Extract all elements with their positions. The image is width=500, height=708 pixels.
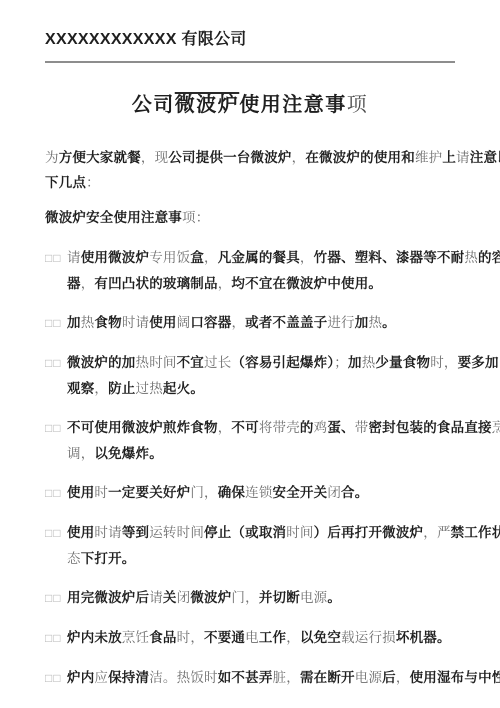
text-run: 进行 (327, 315, 354, 330)
text-run: 加 (67, 315, 81, 330)
text-run: 不要通 (204, 630, 245, 645)
document-body: 为方便大家就餐，现公司提供一台微波炉，在微波炉的使用和维护上请注意以下几点： 微… (45, 145, 455, 691)
text-line: 调，以免爆炸。 (67, 441, 455, 466)
text-run: 热饭时 (177, 670, 218, 685)
intro-paragraph: 为方便大家就餐，现公司提供一台微波炉，在微波炉的使用和维护上请注意以下几点： (45, 145, 455, 195)
text-line: 态下打开。 (67, 546, 455, 571)
rules-list: □□请使用微波炉专用饭盒，凡金属的餐具，竹器、塑料、漆器等不耐热的容器，有凹凸状… (45, 245, 455, 691)
text-run: 电源 (300, 590, 327, 605)
text-line: □□加热食物时请使用阔口容器，或者不盖盖子进行加热。 (67, 310, 455, 336)
text-line: 微波炉安全使用注意事项： (45, 205, 455, 230)
text-run: 维护 (415, 150, 442, 165)
text-line: □□请使用微波炉专用饭盒，凡金属的餐具，竹器、塑料、漆器等不耐热的容 (67, 245, 455, 271)
text-run: 坏机器。 (396, 630, 451, 645)
text-run: 热 (81, 315, 95, 330)
text-line: □□微波炉的加热时间不宜过长（容易引起爆炸）；加热少量食物时，要多加 (67, 350, 455, 376)
list-item: □□使用时一定要关好炉门，确保连锁安全开关闭合。 (45, 480, 455, 506)
list-item: □□炉内应保持清洁。热饭时如不甚弄脏，需在断开电源后，使用湿布与中性 (45, 665, 455, 691)
text-run: 。 (163, 670, 177, 685)
text-run: 运转时间 (149, 525, 204, 540)
text-run: 的 (300, 420, 314, 435)
text-run: 项 (182, 210, 196, 225)
text-run: 并切断 (259, 590, 300, 605)
text-run: 的容 (478, 250, 500, 265)
text-run: 后 (382, 670, 396, 685)
checkbox-glyphs: □□ (45, 666, 67, 691)
text-run: 公司提供一台微波炉 (168, 150, 291, 165)
text-run: 热 (464, 250, 478, 265)
text-run: 停止（或取消 (204, 525, 286, 540)
text-run: 洁 (149, 670, 163, 685)
text-line: □□不可使用微波炉煎炸食物，不可将带壳的鸡蛋、带密封包装的食品直接烹 (67, 415, 455, 441)
list-item: □□加热食物时请使用阔口容器，或者不盖盖子进行加热。 (45, 310, 455, 336)
document-page: XXXXXXXXXXXX 有限公司 公司微波炉使用注意事项 为方便大家就餐，现公… (0, 0, 500, 708)
text-run: 时请 (94, 525, 121, 540)
text-run: 热 (368, 315, 382, 330)
text-run: 蛋、 (327, 420, 354, 435)
text-run: 关 (163, 590, 177, 605)
text-run: 等到 (122, 525, 149, 540)
text-run: 使用注意事 (239, 94, 347, 116)
text-run: ， (204, 485, 218, 500)
text-run: 现 (155, 150, 169, 165)
text-line: 观察，防止过热起火。 (67, 376, 455, 401)
text-run: 阔 (177, 315, 191, 330)
checkbox-glyphs: □□ (45, 626, 67, 651)
text-run: 使用微波炉 (81, 250, 150, 265)
text-run: ： (196, 210, 210, 225)
text-run: 闭 (327, 485, 341, 500)
text-run: 微波炉安全使用注意事 (45, 210, 182, 225)
text-run: 使用 (67, 525, 94, 540)
text-run: 请 (456, 150, 470, 165)
text-run: 电 (245, 630, 259, 645)
list-item: □□不可使用微波炉煎炸食物，不可将带壳的鸡蛋、带密封包装的食品直接烹调，以免爆炸… (45, 415, 455, 466)
text-run: 保持清 (108, 670, 149, 685)
text-run: 调 (67, 446, 81, 461)
text-run: ： (86, 175, 100, 190)
text-run: 需在断开 (300, 670, 355, 685)
text-run: 下几点 (45, 175, 86, 190)
text-run: 如不甚弄 (218, 670, 273, 685)
text-run: 少量食物 (375, 355, 430, 370)
list-item: □□请使用微波炉专用饭盒，凡金属的餐具，竹器、塑料、漆器等不耐热的容器，有凹凸状… (45, 245, 455, 296)
text-run: ， (204, 250, 218, 265)
text-run: 不可 (231, 420, 258, 435)
document-title: 公司微波炉使用注意事项 (45, 91, 455, 119)
text-run: 连锁 (245, 485, 272, 500)
text-run: ， (218, 276, 232, 291)
text-run: 。 (327, 590, 341, 605)
text-run: 请 (149, 590, 163, 605)
text-run: 公司 (132, 94, 175, 116)
text-run: 方便大家就餐 (59, 150, 141, 165)
text-run: 。 (382, 315, 396, 330)
text-run: 专用饭 (149, 250, 190, 265)
text-run: 凡金属的餐具 (218, 250, 300, 265)
text-run: 密封包装的食品直接 (368, 420, 491, 435)
text-line: □□用完微波炉后请关闭微波炉门，并切断电源。 (67, 585, 455, 611)
text-run: 注意以 (470, 150, 500, 165)
text-run: 过长 (204, 355, 231, 370)
text-run: 竹器、塑料、漆器等不耐 (314, 250, 465, 265)
text-run: 微波炉的加 (67, 355, 136, 370)
text-run: 食品 (149, 630, 176, 645)
checkbox-glyphs: □□ (45, 416, 67, 441)
list-item: □□炉内未放烹饪食品时，不要通电工作，以免空载运行损坏机器。 (45, 625, 455, 651)
text-run: 工作 (259, 630, 286, 645)
text-run: 以免爆炸。 (94, 446, 163, 461)
text-run: 食物 (94, 315, 121, 330)
text-run: ， (141, 150, 155, 165)
text-run: ， (81, 276, 95, 291)
text-line: □□炉内应保持清洁。热饭时如不甚弄脏，需在断开电源后，使用湿布与中性 (67, 665, 455, 691)
text-run: 器 (67, 276, 81, 291)
text-run: ）后再打开微波炉 (314, 525, 424, 540)
text-line: 为方便大家就餐，现公司提供一台微波炉，在微波炉的使用和维护上请注意以 (45, 145, 455, 170)
text-run: 项 (347, 94, 369, 116)
text-run: ， (423, 525, 437, 540)
text-run: 禁工作状 (451, 525, 500, 540)
text-run: 不可使用微波炉煎炸食物 (67, 420, 218, 435)
text-run: 时 (177, 630, 191, 645)
text-run: 或者不盖盖子 (245, 315, 327, 330)
list-item: □□用完微波炉后请关闭微波炉门，并切断电源。 (45, 585, 455, 611)
text-run: 以免空 (300, 630, 341, 645)
checkbox-glyphs: □□ (45, 311, 67, 336)
list-item: □□微波炉的加热时间不宜过长（容易引起爆炸）；加热少量食物时，要多加观察，防止过… (45, 350, 455, 401)
text-run: 时间 (286, 525, 313, 540)
text-run: ， (190, 630, 204, 645)
checkbox-glyphs: □□ (45, 521, 67, 546)
text-run: 合。 (341, 485, 368, 500)
text-run: 不宜 (177, 355, 204, 370)
text-run: 严 (437, 525, 451, 540)
text-run: 过热 (136, 381, 163, 396)
text-run: 使用 (67, 485, 94, 500)
text-run: 时 (430, 355, 444, 370)
text-run: 态 (67, 551, 81, 566)
text-run: 电源 (355, 670, 382, 685)
checkbox-glyphs: □□ (45, 351, 67, 376)
text-run: 热时间 (136, 355, 177, 370)
text-run: 鸡 (314, 420, 328, 435)
text-run: 烹饪 (122, 630, 149, 645)
text-run: 口容器 (190, 315, 231, 330)
text-line: 器，有凹凸状的玻璃制品，均不宜在微波炉中使用。 (67, 271, 455, 296)
text-run: 观察 (67, 381, 94, 396)
text-line: 下几点： (45, 170, 455, 195)
text-run: 有凹凸状的玻璃制品 (94, 276, 217, 291)
text-run: 请 (67, 250, 81, 265)
text-run: 炉内 (67, 670, 94, 685)
text-run: ， (300, 250, 314, 265)
text-run: ， (286, 630, 300, 645)
text-run: ； (334, 355, 348, 370)
text-line: □□使用时一定要关好炉门，确保连锁安全开关闭合。 (67, 480, 455, 506)
text-run: 载运行损 (341, 630, 396, 645)
text-run: ， (245, 590, 259, 605)
company-name: XXXXXXXXXXXX 有限公司 (45, 20, 455, 63)
checkbox-glyphs: □□ (45, 481, 67, 506)
text-run: ， (286, 670, 300, 685)
section-heading: 微波炉安全使用注意事项： (45, 205, 455, 230)
text-run: ， (444, 355, 458, 370)
text-run: 安全开关 (273, 485, 328, 500)
text-run: 门 (231, 590, 245, 605)
text-run: ， (94, 381, 108, 396)
text-run: ， (231, 315, 245, 330)
text-run: 加 (355, 315, 369, 330)
text-run: 在微波炉的使用和 (305, 150, 415, 165)
text-run: 时请 (122, 315, 149, 330)
text-run: 加 (348, 355, 362, 370)
text-run: 将带壳 (259, 420, 300, 435)
text-run: ， (396, 670, 410, 685)
list-item: □□使用时请等到运转时间停止（或取消时间）后再打开微波炉，严禁工作状态下打开。 (45, 520, 455, 571)
text-run: （容易引起爆炸） (231, 355, 334, 370)
text-run: 烹 (492, 420, 500, 435)
text-run: 一定要关好炉 (108, 485, 190, 500)
checkbox-glyphs: □□ (45, 586, 67, 611)
text-run: 起火。 (163, 381, 204, 396)
text-run: 确保 (218, 485, 245, 500)
text-run: 使用 (149, 315, 176, 330)
text-run: 使用湿布与中性 (410, 670, 500, 685)
text-run: 均不宜在微波炉中使用。 (231, 276, 382, 291)
text-run: 微波炉 (190, 590, 231, 605)
text-run: 门 (190, 485, 204, 500)
text-run: 时 (94, 485, 108, 500)
text-run: 微波炉 (175, 94, 240, 116)
text-run: 炉内未放 (67, 630, 122, 645)
text-run: 应 (94, 670, 108, 685)
text-run: 带 (355, 420, 369, 435)
text-run: 防止 (108, 381, 135, 396)
text-run: ， (292, 150, 306, 165)
text-run: 下打开。 (81, 551, 136, 566)
text-run: ， (218, 420, 232, 435)
text-run: 为 (45, 150, 59, 165)
text-run: 盒 (190, 250, 204, 265)
text-line: □□使用时请等到运转时间停止（或取消时间）后再打开微波炉，严禁工作状 (67, 520, 455, 546)
checkbox-glyphs: □□ (45, 246, 67, 271)
text-run: 上 (442, 150, 456, 165)
text-run: 用完微波炉后 (67, 590, 149, 605)
text-run: 脏 (273, 670, 287, 685)
text-run: 热 (362, 355, 376, 370)
text-run: ， (81, 446, 95, 461)
text-line: □□炉内未放烹饪食品时，不要通电工作，以免空载运行损坏机器。 (67, 625, 455, 651)
text-run: 要多加 (458, 355, 499, 370)
text-run: 闭 (177, 590, 191, 605)
